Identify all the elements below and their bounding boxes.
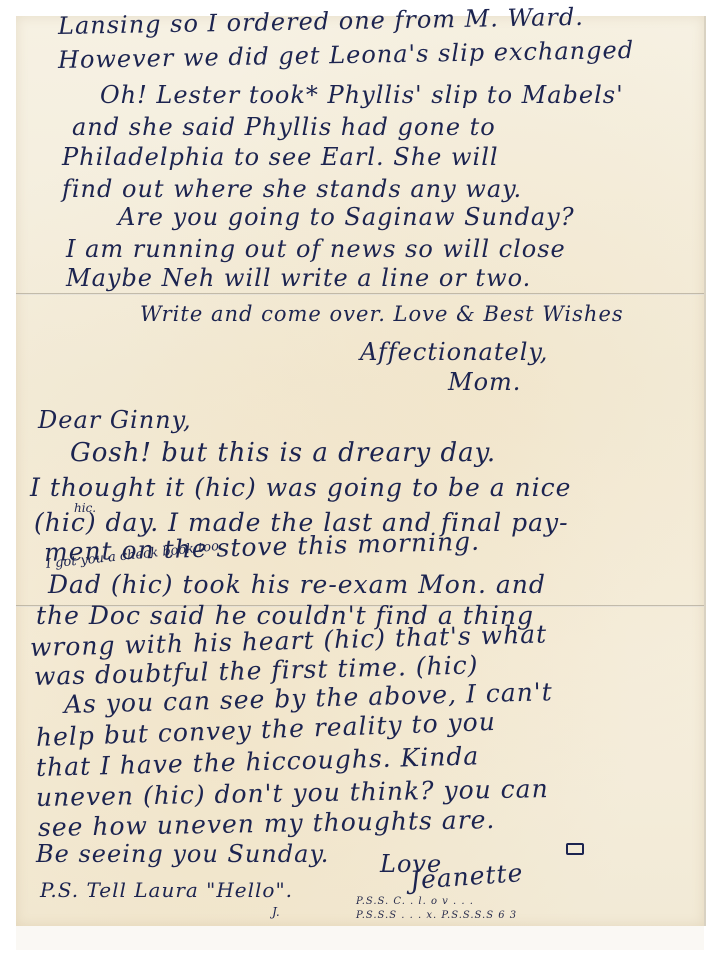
letter-line: Dad (hic) took his re-exam Mon. and: [48, 572, 546, 597]
letter-line: find out where she stands any way.: [62, 177, 522, 201]
letter-line: Maybe Neh will write a line or two.: [66, 266, 531, 290]
shorthand-line: P.S.S.S . . . x. P.S.S.S.S 6 3: [356, 911, 517, 921]
doodle-mark-icon: [566, 843, 584, 855]
letter-line: Gosh! but this is a dreary day.: [70, 440, 496, 466]
letter-line: I thought it (hic) was going to be a nic…: [30, 475, 571, 500]
letter-line: Are you going to Saginaw Sunday?: [118, 205, 575, 229]
letter-closing: Affectionately,: [360, 340, 548, 364]
letter-signature: Jeanette: [409, 860, 524, 893]
scan-bottom-margin: [16, 926, 704, 950]
postscript-initial: J.: [272, 906, 280, 918]
letter-line: Be seeing you Sunday.: [36, 842, 329, 866]
letter-line: Philadelphia to see Earl. She will: [62, 145, 499, 169]
paper-fold-line: [16, 293, 704, 295]
letter-line: Oh! Lester took* Phyllis' slip to Mabels…: [100, 83, 624, 107]
letter-line: Write and come over. Love & Best Wishes: [140, 304, 624, 325]
letter-signature: Mom.: [448, 370, 521, 394]
letter-line: I am running out of news so will close: [66, 237, 566, 261]
shorthand-line: P.S.S. C. . l. o v . . .: [356, 897, 474, 907]
letter-line: and she said Phyllis had gone to: [72, 115, 496, 139]
postscript: P.S. Tell Laura "Hello".: [40, 880, 293, 900]
letter-line: see how uneven my thoughts are.: [38, 807, 496, 840]
letter-salutation: Dear Ginny,: [38, 408, 192, 432]
